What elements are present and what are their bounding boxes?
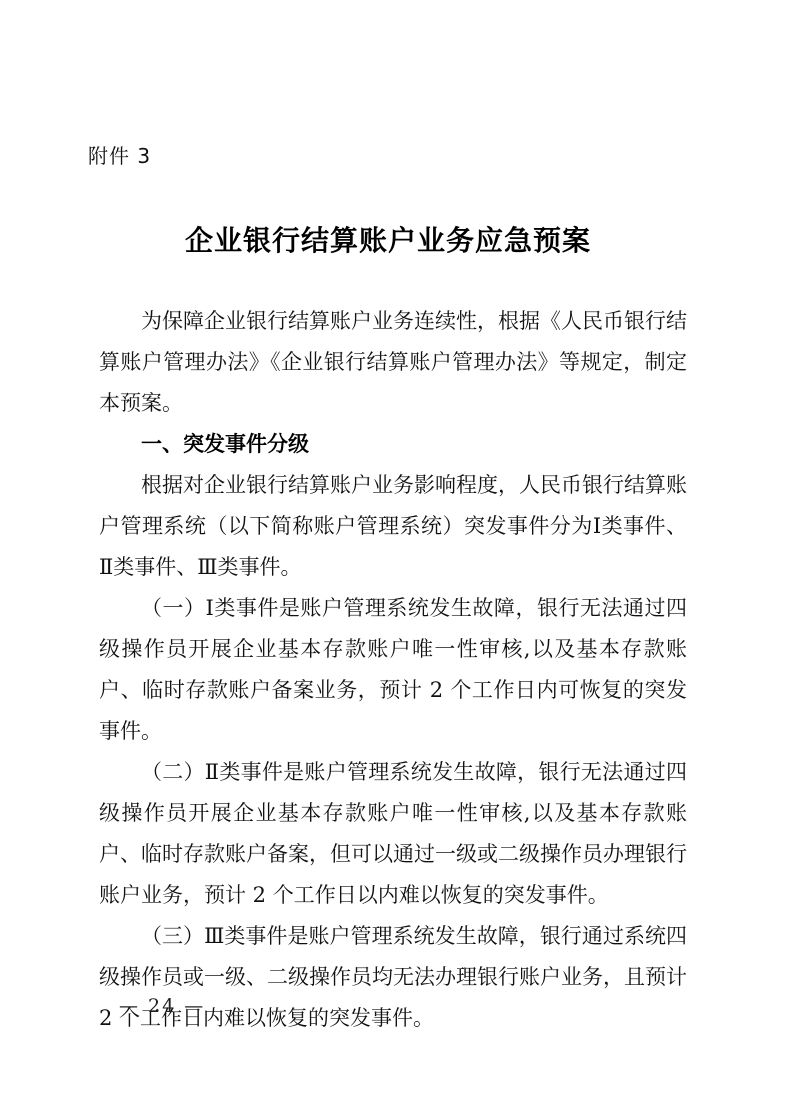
attachment-label: 附件 3 (88, 143, 151, 169)
paragraph-classification-overview: 根据对企业银行结算账户业务影响程度，人民币银行结算账户管理系统（以下简称账户管理… (99, 465, 687, 588)
page-number: — 24 — (119, 994, 205, 1018)
paragraph-class-3-event: （三）Ⅲ类事件是账户管理系统发生故障，银行通过系统四级操作员或一级、二级操作员均… (99, 916, 687, 1039)
document-page: 附件 3 企业银行结算账户业务应急预案 为保障企业银行结算账户业务连续性，根据《… (0, 0, 787, 1114)
section-heading-incident-classification: 一、突发事件分级 (99, 424, 687, 465)
paragraph-class-2-event: （二）Ⅱ类事件是账户管理系统发生故障，银行无法通过四级操作员开展企业基本存款账户… (99, 752, 687, 916)
paragraph-class-1-event: （一）Ⅰ类事件是账户管理系统发生故障，银行无法通过四级操作员开展企业基本存款账户… (99, 588, 687, 752)
paragraph-intro: 为保障企业银行结算账户业务连续性，根据《人民币银行结算账户管理办法》《企业银行结… (99, 301, 687, 424)
document-body: 为保障企业银行结算账户业务连续性，根据《人民币银行结算账户管理办法》《企业银行结… (99, 301, 687, 1039)
document-title: 企业银行结算账户业务应急预案 (88, 223, 688, 259)
